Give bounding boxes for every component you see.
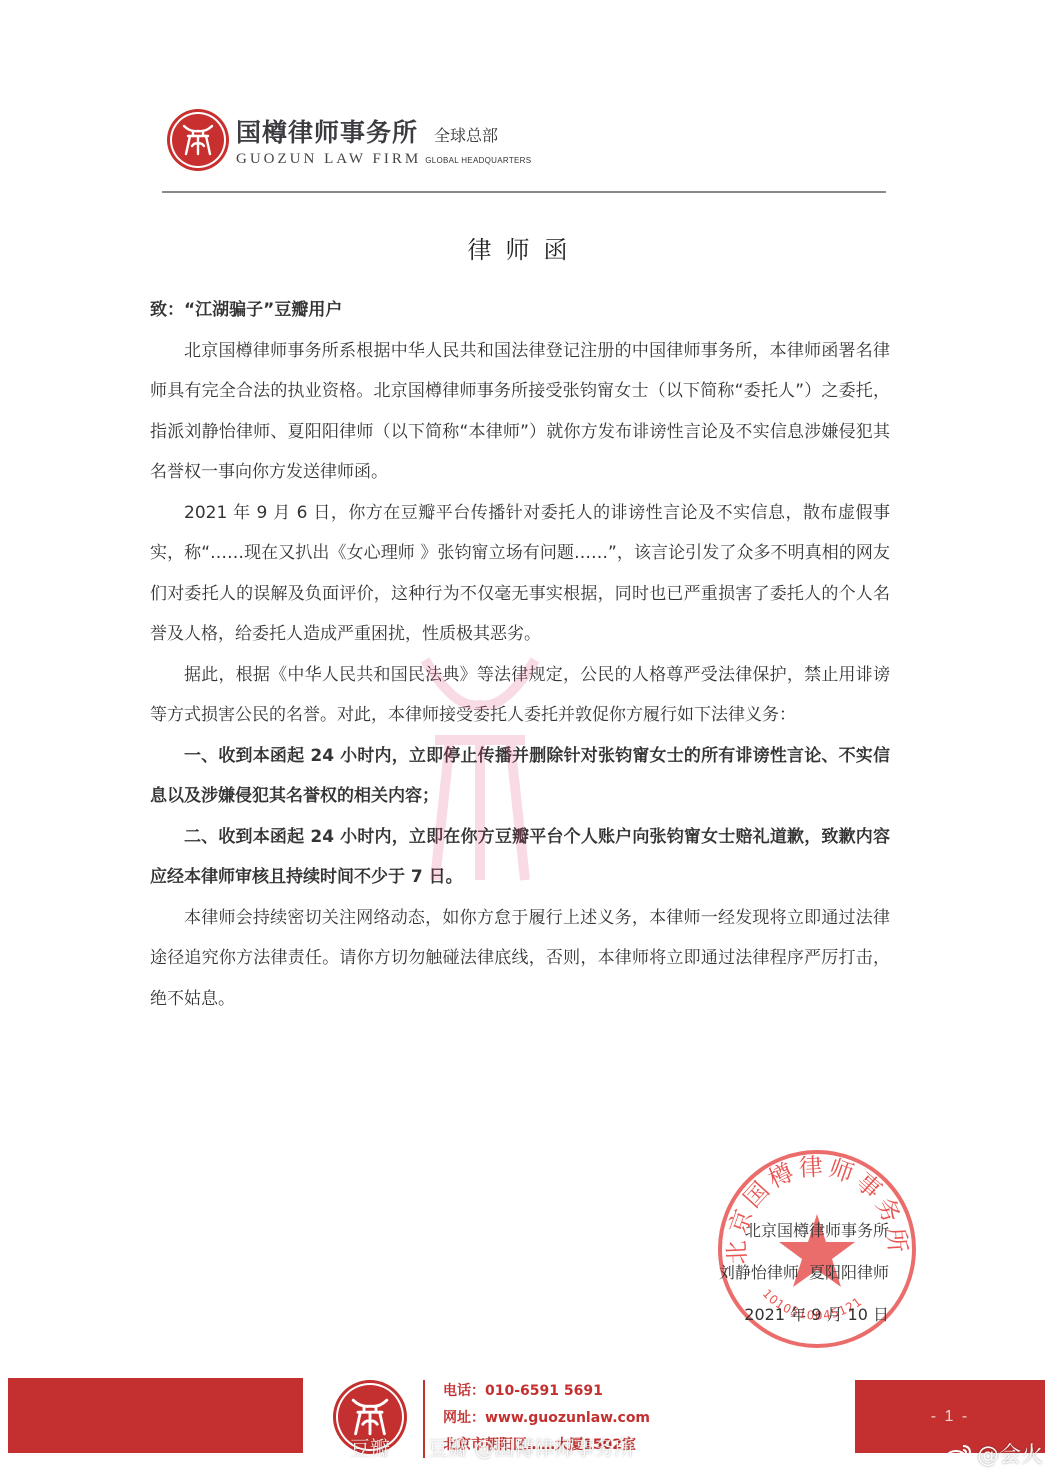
weibo-icon [945, 1443, 973, 1465]
header-divider [162, 191, 886, 193]
brand-block: 国樽律师事务所 全球总部 GUOZUN LAW FIRM GLOBAL HEAD… [236, 113, 531, 168]
page-number: - 1 - [931, 1408, 969, 1426]
background-logo-watermark-icon [415, 650, 545, 890]
signature-lawyers: 刘静怡律师 夏阳阳律师 [719, 1252, 889, 1294]
paragraph-facts: 2021 年 9 月 6 日，你方在豆瓣平台传播针对委托人的诽谤性言论及不实信息… [150, 493, 890, 655]
paragraph-closing: 本律师会持续密切关注网络动态，如你方怠于履行上述义务，本律师一经发现将立即通过法… [150, 898, 890, 1020]
salutation: 致：“江湖骗子”豆瓣用户 [150, 290, 890, 331]
footer-phone: 电话：010-6591 5691 [443, 1378, 650, 1405]
hq-label-en: GLOBAL HEADQUARTERS [425, 156, 531, 165]
signature-date: 2021 年 9 月 10 日 [719, 1294, 889, 1336]
guozun-logo-icon [170, 112, 226, 168]
firm-name-en: GUOZUN LAW FIRM [236, 151, 421, 168]
footer-divider [423, 1380, 425, 1458]
weibo-handle: @会火 [977, 1438, 1043, 1469]
paragraph-intro: 北京国樽律师事务所系根据中华人民共和国法律登记注册的中国律师事务所，本律师函署名… [150, 331, 890, 493]
footer-red-bar-left [8, 1378, 303, 1453]
signature-block: 北京国樽律师事务所 刘静怡律师 夏阳阳律师 2021 年 9 月 10 日 [719, 1210, 889, 1336]
douban-watermark-right: 豆瓣 @国樽律师事务所 [428, 1432, 634, 1461]
douban-watermark-left: 豆瓣 [350, 1432, 390, 1461]
firm-name-cn: 国樽律师事务所 [236, 113, 418, 149]
footer-website[interactable]: 网址：www.guozunlaw.com [443, 1405, 650, 1432]
signature-firm: 北京国樽律师事务所 [719, 1210, 889, 1252]
letterhead: 国樽律师事务所 全球总部 GUOZUN LAW FIRM GLOBAL HEAD… [170, 108, 531, 172]
document-title: 律师函 [0, 230, 1049, 265]
hq-label-cn: 全球总部 [434, 123, 498, 146]
weibo-watermark: @会火 [945, 1438, 1043, 1469]
